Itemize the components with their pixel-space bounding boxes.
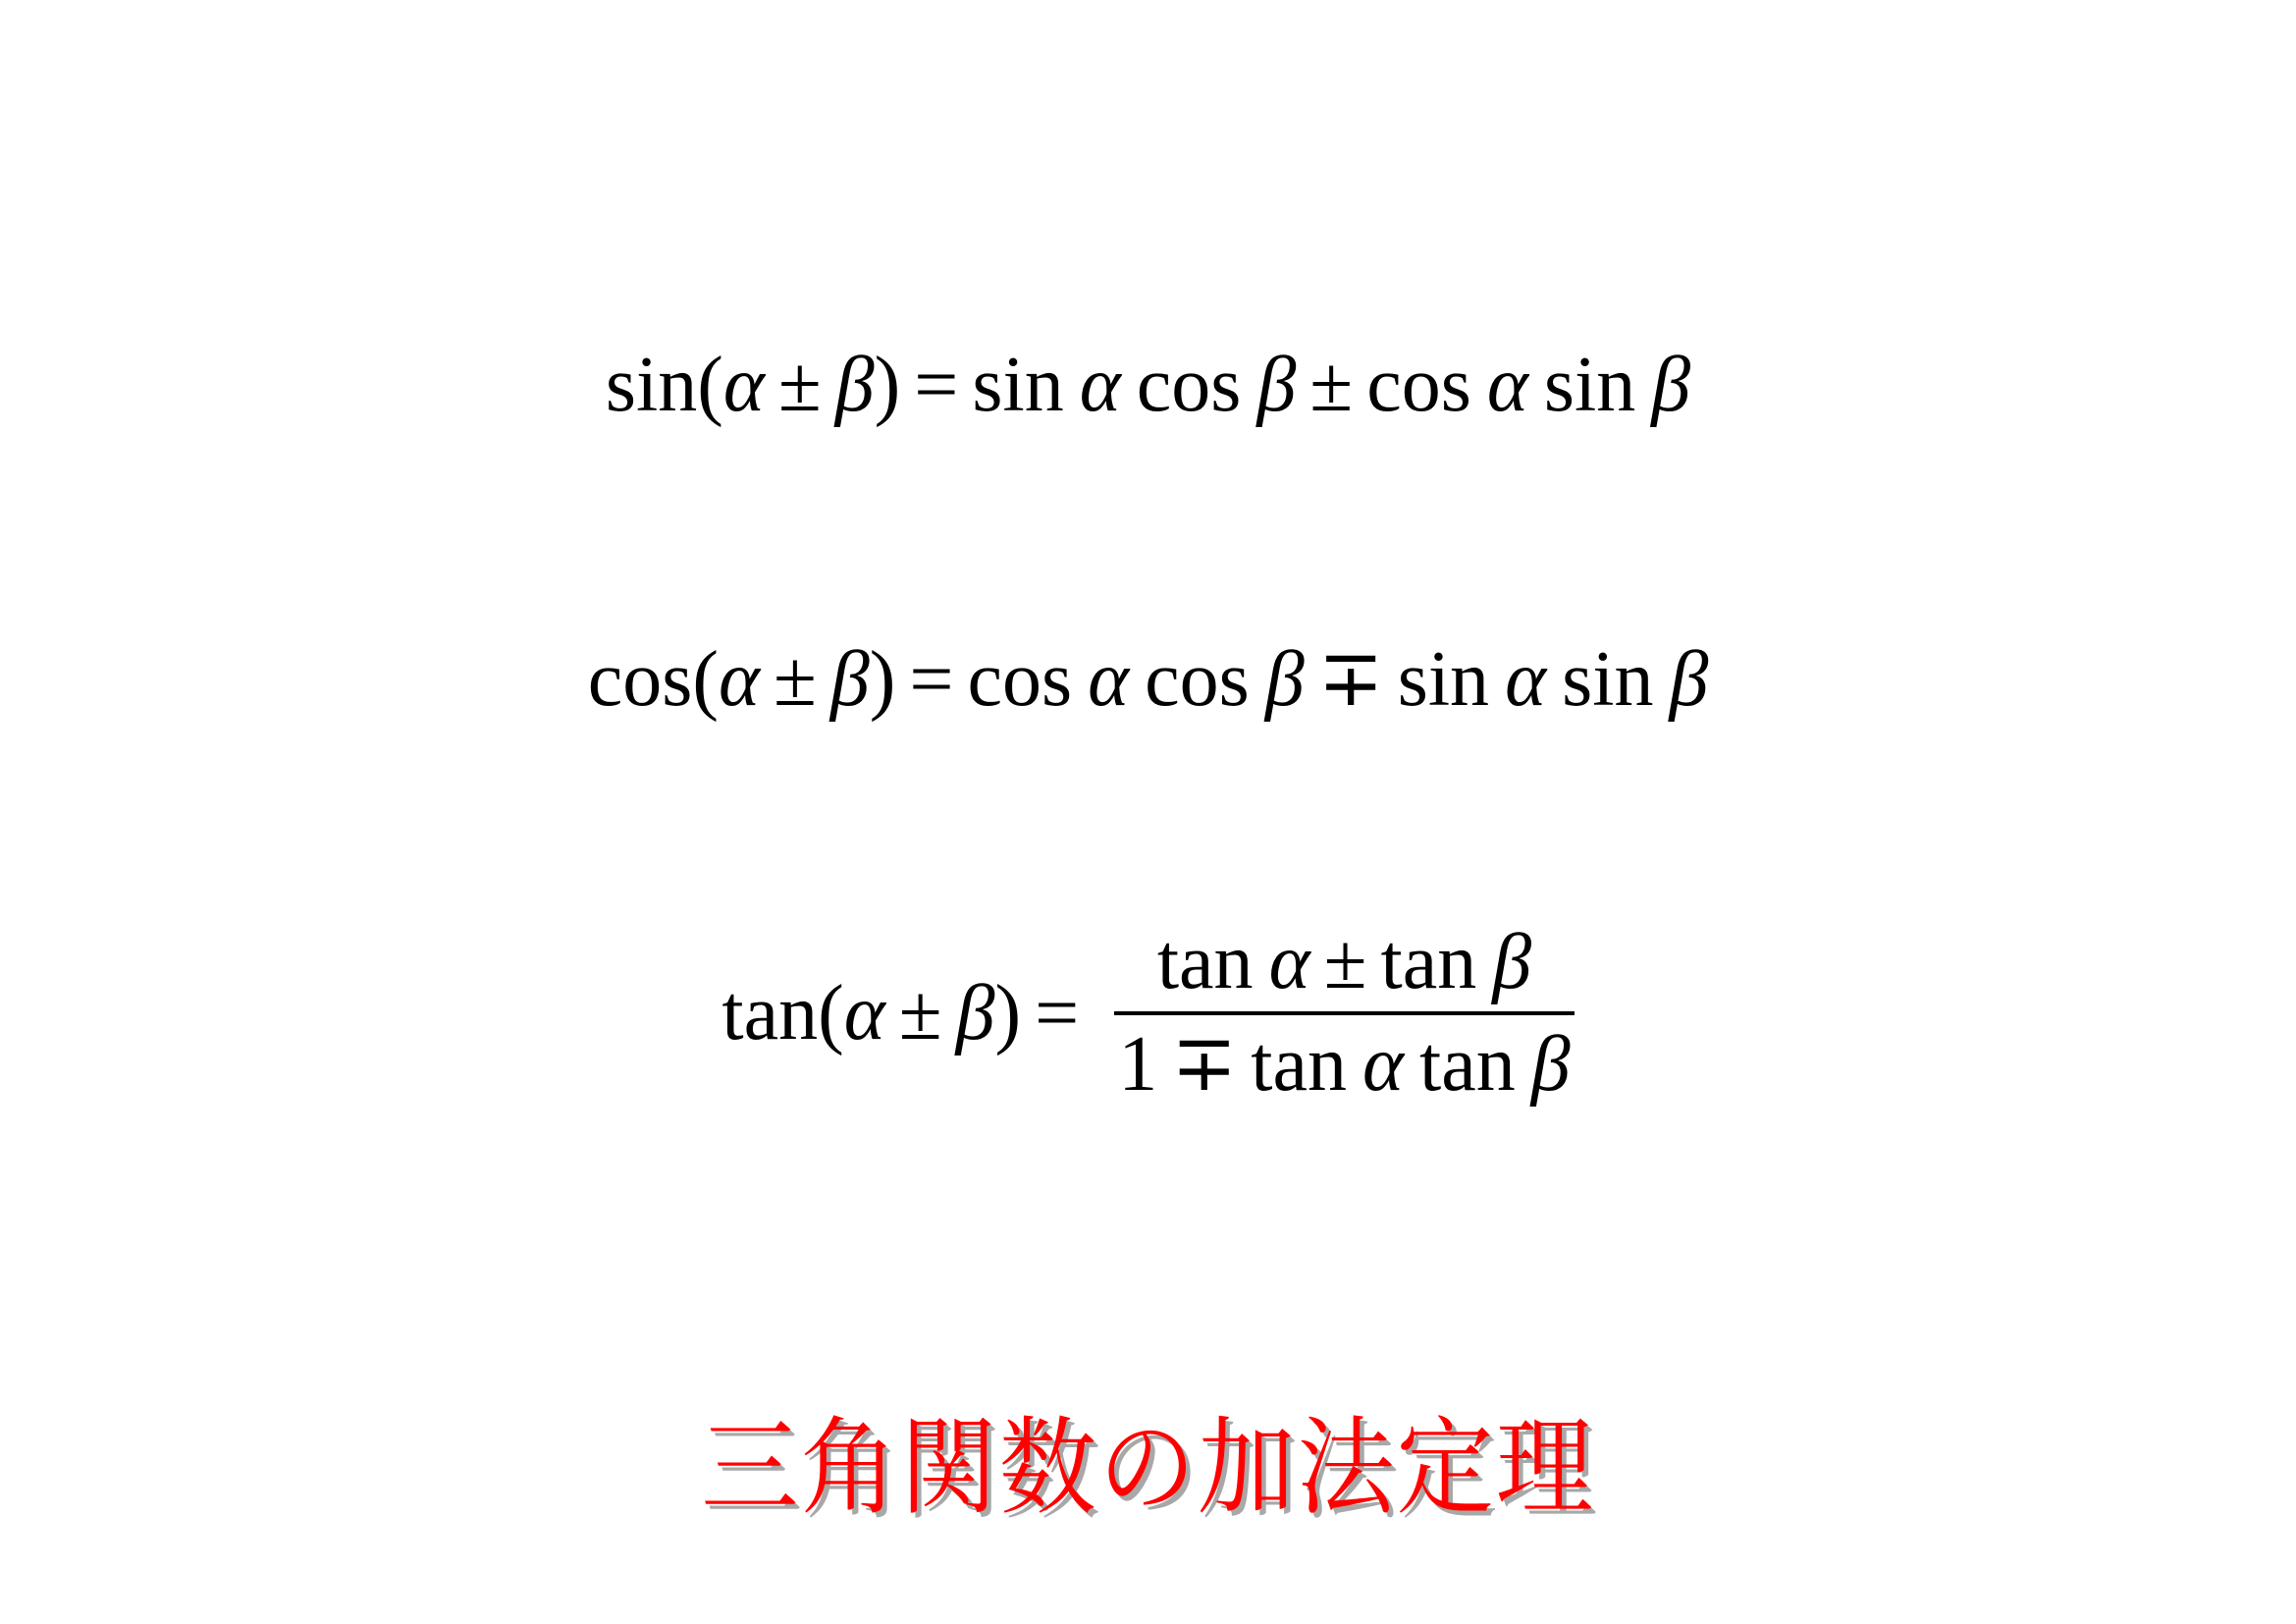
cosine-addition-formula: cos(α±β)=cos α cos β∓sin α sin β [0, 640, 2296, 719]
variable-beta: β [1531, 1021, 1571, 1108]
fraction-denominator: 1∓tan α tan β [1114, 1015, 1574, 1104]
function-name: tan [1419, 1021, 1516, 1108]
function-name: sin [1544, 342, 1635, 428]
plus-minus-operator: ± [765, 342, 835, 428]
close-paren: ) [994, 970, 1021, 1056]
plus-minus-operator: ± [885, 970, 956, 1056]
variable-beta: β [956, 970, 995, 1056]
plus-minus-operator: ± [760, 636, 830, 723]
sine-addition-formula: sin(α±β)=sin α cos β±cos α sin β [0, 346, 2296, 424]
tangent-addition-formula: tan(α±β)= tan α±tan β 1∓tan α tan β [0, 923, 2296, 1104]
variable-beta: β [830, 636, 870, 723]
variable-alpha: α [719, 636, 760, 723]
function-name: cos [967, 636, 1072, 723]
formula-lhs: tan(α±β)= [721, 974, 1093, 1053]
function-name: sin [972, 342, 1063, 428]
fraction: tan α±tan β 1∓tan α tan β [1114, 923, 1574, 1104]
open-paren: ( [818, 970, 844, 1056]
page-title: 三角関数の加法定理 [92, 1382, 2205, 1535]
variable-alpha: α [1505, 636, 1546, 723]
function-name: cos [1137, 342, 1242, 428]
minus-plus-operator: ∓ [1157, 1021, 1251, 1108]
variable-alpha: α [1088, 636, 1129, 723]
minus-plus-operator: ∓ [1305, 636, 1398, 723]
function-name: tan [1157, 919, 1254, 1005]
variable-beta: β [1256, 342, 1296, 428]
close-paren: ) [875, 342, 901, 428]
equals-sign: = [1021, 970, 1093, 1056]
function-name: tan [1380, 919, 1476, 1005]
open-paren: ( [697, 342, 723, 428]
function-name: cos [588, 636, 693, 723]
plus-minus-operator: ± [1296, 342, 1366, 428]
function-name: sin [1398, 636, 1489, 723]
function-name: sin [606, 342, 697, 428]
function-name: tan [721, 970, 818, 1056]
variable-beta: β [1265, 636, 1305, 723]
variable-beta: β [1492, 919, 1531, 1005]
function-name: cos [1366, 342, 1471, 428]
variable-alpha: α [1269, 919, 1310, 1005]
function-name: cos [1145, 636, 1250, 723]
variable-beta: β [1651, 342, 1690, 428]
variable-alpha: α [1362, 1021, 1404, 1108]
variable-alpha: α [844, 970, 885, 1056]
open-paren: ( [692, 636, 719, 723]
function-name: tan [1251, 1021, 1347, 1108]
equals-sign: = [895, 636, 967, 723]
variable-alpha: α [723, 342, 765, 428]
function-name: sin [1562, 636, 1653, 723]
close-paren: ) [870, 636, 896, 723]
fraction-numerator: tan α±tan β [1138, 923, 1551, 1011]
variable-beta: β [835, 342, 875, 428]
number-one: 1 [1118, 1021, 1157, 1108]
variable-beta: β [1669, 636, 1708, 723]
plus-minus-operator: ± [1310, 919, 1381, 1005]
equals-sign: = [900, 342, 972, 428]
variable-alpha: α [1487, 342, 1528, 428]
variable-alpha: α [1080, 342, 1121, 428]
